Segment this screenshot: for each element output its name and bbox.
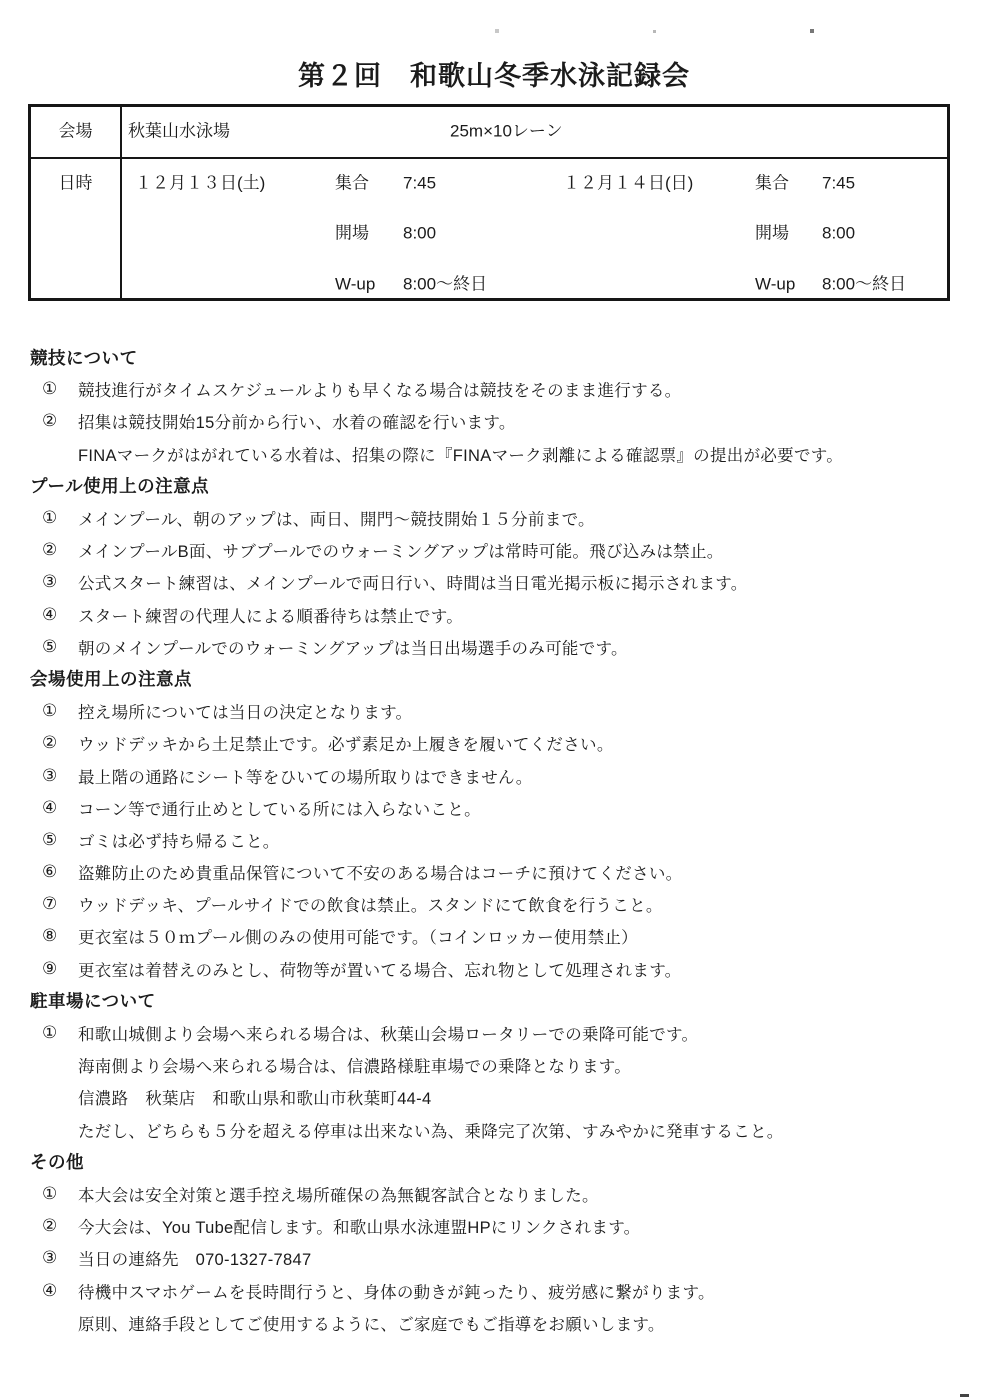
list-item-continuation: 原則、連絡手段としてご使用するように、ご家庭でもご指導をお願いします。 <box>0 1307 988 1339</box>
list-item: ⑦ ウッドデッキ、プールサイドでの飲食は禁止。スタンドにて飲食を行うこと。 <box>0 888 988 920</box>
item-number: ④ <box>42 798 78 818</box>
item-number: ③ <box>42 766 78 786</box>
item-number: ① <box>42 379 78 399</box>
list-item: ③ 公式スタート練習は、メインプールで両日行い、時間は当日電光掲示板に掲示されま… <box>0 566 988 598</box>
list-item: ④ 待機中スマホゲームを長時間行うと、身体の動きが鈍ったり、疲労感に繋がります。 <box>0 1274 988 1306</box>
list-item-continuation: 信濃路 秋葉店 和歌山県和歌山市秋葉町44-4 <box>0 1081 988 1113</box>
item-number: ④ <box>42 605 78 625</box>
pool-spec: 25m×10レーン <box>450 123 563 140</box>
day1-wup-time: 8:00～終日 <box>403 276 487 293</box>
scan-speck <box>495 29 499 33</box>
item-text: FINAマークがはがれている水着は、招集の際に『FINAマーク剥離による確認票』… <box>78 442 843 466</box>
item-number: ⑥ <box>42 862 78 882</box>
list-item: ② メインプールB面、サブプールでのウォーミングアップは常時可能。飛び込みは禁止… <box>0 534 988 566</box>
item-number: ⑤ <box>42 637 78 657</box>
item-text: 競技進行がタイムスケジュールよりも早くなる場合は競技をそのまま進行する。 <box>78 377 681 401</box>
venue-label: 会場 <box>31 123 120 140</box>
section-heading-competition: 競技について <box>0 341 988 373</box>
list-item: ③ 最上階の通路にシート等をひいての場所取りはできません。 <box>0 759 988 791</box>
scan-speck <box>653 30 656 33</box>
item-number: ③ <box>42 1248 78 1268</box>
day2-open-time: 8:00 <box>822 225 855 242</box>
table-row-divider <box>31 157 947 159</box>
item-number: ① <box>42 1184 78 1204</box>
day2-date: １２月１４日(日) <box>563 175 693 192</box>
item-text: ゴミは必ず持ち帰ること。 <box>78 828 280 852</box>
section-heading-pool-notes: プール使用上の注意点 <box>0 470 988 502</box>
list-item: ③ 当日の連絡先 070-1327-7847 <box>0 1242 988 1274</box>
item-text: ウッドデッキ、プールサイドでの飲食は禁止。スタンドにて飲食を行うこと。 <box>78 892 663 916</box>
scanned-document-page: 第２回 和歌山冬季水泳記録会 会場 秋葉山水泳場 25m×10レーン 日時 １２… <box>0 0 988 1400</box>
item-number: ① <box>42 701 78 721</box>
item-text: 海南側より会場へ来られる場合は、信濃路様駐車場での乗降となります。 <box>78 1053 631 1077</box>
datetime-label: 日時 <box>31 175 120 192</box>
list-item: ⑤ 朝のメインプールでのウォーミングアップは当日出場選手のみ可能です。 <box>0 631 988 663</box>
list-item: ② 今大会は、You Tube配信します。和歌山県水泳連盟HPにリンクされます。 <box>0 1210 988 1242</box>
item-number: ② <box>42 1216 78 1236</box>
item-text: メインプール、朝のアップは、両日、開門～競技開始１５分前まで。 <box>78 506 595 530</box>
item-number: ① <box>42 508 78 528</box>
item-text: 本大会は安全対策と選手控え場所確保の為無観客試合となりました。 <box>78 1182 599 1206</box>
item-text contact-phone: 当日の連絡先 070-1327-7847 <box>78 1246 311 1270</box>
list-item: ⑥ 盗難防止のため貴重品保管について不安のある場合はコーチに預けてください。 <box>0 856 988 888</box>
item-number: ② <box>42 540 78 560</box>
item-number: ⑧ <box>42 926 78 946</box>
item-number: ② <box>42 733 78 753</box>
item-text: 朝のメインプールでのウォーミングアップは当日出場選手のみ可能です。 <box>78 635 628 659</box>
item-number: ① <box>42 1023 78 1043</box>
list-item-continuation: ただし、どちらも５分を超える停車は出来ない為、乗降完了次第、すみやかに発車するこ… <box>0 1114 988 1146</box>
list-item-continuation: FINAマークがはがれている水着は、招集の際に『FINAマーク剥離による確認票』… <box>0 438 988 470</box>
list-item: ⑨ 更衣室は着替えのみとし、荷物等が置いてる場合、忘れ物として処理されます。 <box>0 953 988 985</box>
item-text: ウッドデッキから土足禁止です。必ず素足か上履きを履いてください。 <box>78 731 614 755</box>
item-text: 信濃路 秋葉店 和歌山県和歌山市秋葉町44-4 <box>78 1085 431 1109</box>
item-number: ⑤ <box>42 830 78 850</box>
item-text: 待機中スマホゲームを長時間行うと、身体の動きが鈍ったり、疲労感に繋がります。 <box>78 1279 715 1303</box>
section-heading-venue-notes: 会場使用上の注意点 <box>0 663 988 695</box>
item-number: ③ <box>42 572 78 592</box>
item-text: 更衣室は着替えのみとし、荷物等が置いてる場合、忘れ物として処理されます。 <box>78 957 681 981</box>
table-column-divider <box>120 107 122 298</box>
list-item: ④ コーン等で通行止めとしている所には入らないこと。 <box>0 792 988 824</box>
item-text: 原則、連絡手段としてご使用するように、ご家庭でもご指導をお願いします。 <box>78 1311 665 1335</box>
day1-meet-time: 7:45 <box>403 175 436 192</box>
document-body: 競技について ① 競技進行がタイムスケジュールよりも早くなる場合は競技をそのまま… <box>0 341 988 1339</box>
item-text: メインプールB面、サブプールでのウォーミングアップは常時可能。飛び込みは禁止。 <box>78 538 724 562</box>
list-item-continuation: 海南側より会場へ来られる場合は、信濃路様駐車場での乗降となります。 <box>0 1049 988 1081</box>
list-item: ② ウッドデッキから土足禁止です。必ず素足か上履きを履いてください。 <box>0 727 988 759</box>
list-item: ② 招集は競技開始15分前から行い、水着の確認を行います。 <box>0 405 988 437</box>
document-title: 第２回 和歌山冬季水泳記録会 <box>0 54 988 93</box>
item-number: ④ <box>42 1281 78 1301</box>
list-item: ① 競技進行がタイムスケジュールよりも早くなる場合は競技をそのまま進行する。 <box>0 373 988 405</box>
item-number: ⑦ <box>42 894 78 914</box>
item-number: ⑨ <box>42 959 78 979</box>
scan-speck <box>810 29 814 33</box>
scan-speck <box>960 1394 969 1397</box>
day1-open-label: 開場 <box>335 225 369 242</box>
list-item: ⑧ 更衣室は５０ｍプール側のみの使用可能です。（コインロッカー使用禁止） <box>0 920 988 952</box>
section-heading-parking: 駐車場について <box>0 985 988 1017</box>
list-item: ① 和歌山城側より会場へ来られる場合は、秋葉山会場ロータリーでの乗降可能です。 <box>0 1017 988 1049</box>
day1-wup-label: W-up <box>335 276 375 293</box>
item-text: 更衣室は５０ｍプール側のみの使用可能です。（コインロッカー使用禁止） <box>78 924 638 948</box>
section-heading-other: その他 <box>0 1146 988 1178</box>
day2-meet-label: 集合 <box>755 175 789 192</box>
day2-wup-label: W-up <box>755 276 795 293</box>
list-item: ① 本大会は安全対策と選手控え場所確保の為無観客試合となりました。 <box>0 1178 988 1210</box>
item-number: ② <box>42 411 78 431</box>
day1-meet-label: 集合 <box>335 175 369 192</box>
item-text: 控え場所については当日の決定となります。 <box>78 699 412 723</box>
list-item: ⑤ ゴミは必ず持ち帰ること。 <box>0 824 988 856</box>
item-text: ただし、どちらも５分を超える停車は出来ない為、乗降完了次第、すみやかに発車するこ… <box>78 1118 784 1142</box>
venue-name: 秋葉山水泳場 <box>128 123 230 140</box>
item-text: 公式スタート練習は、メインプールで両日行い、時間は当日電光掲示板に掲示されます。 <box>78 570 748 594</box>
item-text: 招集は競技開始15分前から行い、水着の確認を行います。 <box>78 409 516 433</box>
item-text: コーン等で通行止めとしている所には入らないこと。 <box>78 796 481 820</box>
day1-open-time: 8:00 <box>403 225 436 242</box>
list-item: ④ スタート練習の代理人による順番待ちは禁止です。 <box>0 599 988 631</box>
day2-wup-time: 8:00～終日 <box>822 276 906 293</box>
item-text: 盗難防止のため貴重品保管について不安のある場合はコーチに預けてください。 <box>78 860 682 884</box>
list-item: ① メインプール、朝のアップは、両日、開門～競技開始１５分前まで。 <box>0 502 988 534</box>
item-text: 和歌山城側より会場へ来られる場合は、秋葉山会場ロータリーでの乗降可能です。 <box>78 1021 698 1045</box>
day2-open-label: 開場 <box>755 225 789 242</box>
day2-meet-time: 7:45 <box>822 175 855 192</box>
item-text: 今大会は、You Tube配信します。和歌山県水泳連盟HPにリンクされます。 <box>78 1214 640 1238</box>
list-item: ① 控え場所については当日の決定となります。 <box>0 695 988 727</box>
info-table: 会場 秋葉山水泳場 25m×10レーン 日時 １２月１３日(土) 集合 7:45… <box>28 104 950 301</box>
item-text: スタート練習の代理人による順番待ちは禁止です。 <box>78 603 463 627</box>
item-text: 最上階の通路にシート等をひいての場所取りはできません。 <box>78 764 533 788</box>
day1-date: １２月１３日(土) <box>135 175 265 192</box>
